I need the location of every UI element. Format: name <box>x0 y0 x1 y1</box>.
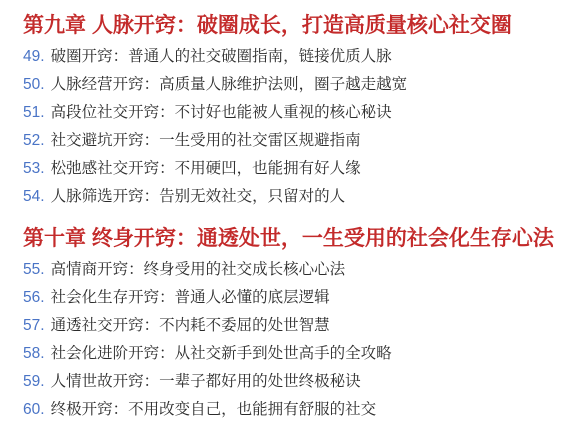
item-number: 51. <box>23 99 45 127</box>
item-number: 52. <box>23 127 45 155</box>
item-text: 社会化生存开窍：普通人必懂的底层逻辑 <box>51 284 330 312</box>
item-number: 60. <box>23 396 45 424</box>
item-number: 54. <box>23 183 45 211</box>
item-text: 高段位社交开窍：不讨好也能被人重视的核心秘诀 <box>51 99 392 127</box>
toc-item: 50. 人脉经营开窍：高质量人脉维护法则，圈子越走越宽 <box>23 71 578 99</box>
toc-item: 54. 人脉筛选开窍：告别无效社交，只留对的人 <box>23 183 578 211</box>
toc-item: 56. 社会化生存开窍：普通人必懂的底层逻辑 <box>23 284 578 312</box>
chapter-section: 第九章 人脉开窍：破圈成长，打造高质量核心社交圈 49. 破圈开窍：普通人的社交… <box>23 13 578 211</box>
item-text: 人情世故开窍：一辈子都好用的处世终极秘诀 <box>51 368 361 396</box>
item-text: 高情商开窍：终身受用的社交成长核心心法 <box>51 256 346 284</box>
item-text: 松弛感社交开窍：不用硬凹，也能拥有好人缘 <box>51 155 361 183</box>
item-text: 破圈开窍：普通人的社交破圈指南，链接优质人脉 <box>51 43 392 71</box>
item-number: 57. <box>23 312 45 340</box>
chapter-section: 第十章 终身开窍：通透处世，一生受用的社会化生存心法 55. 高情商开窍：终身受… <box>23 226 578 424</box>
toc-item: 55. 高情商开窍：终身受用的社交成长核心心法 <box>23 256 578 284</box>
chapter-items: 55. 高情商开窍：终身受用的社交成长核心心法 56. 社会化生存开窍：普通人必… <box>23 256 578 424</box>
item-number: 56. <box>23 284 45 312</box>
chapter-items: 49. 破圈开窍：普通人的社交破圈指南，链接优质人脉 50. 人脉经营开窍：高质… <box>23 43 578 211</box>
item-text: 社交避坑开窍：一生受用的社交雷区规避指南 <box>51 127 361 155</box>
chapter-title: 第九章 人脉开窍：破圈成长，打造高质量核心社交圈 <box>23 13 578 39</box>
item-number: 58. <box>23 340 45 368</box>
toc-item: 49. 破圈开窍：普通人的社交破圈指南，链接优质人脉 <box>23 43 578 71</box>
item-text: 社会化进阶开窍：从社交新手到处世高手的全攻略 <box>51 340 392 368</box>
toc-item: 53. 松弛感社交开窍：不用硬凹，也能拥有好人缘 <box>23 155 578 183</box>
item-number: 50. <box>23 71 45 99</box>
item-text: 人脉经营开窍：高质量人脉维护法则，圈子越走越宽 <box>51 71 408 99</box>
toc-item: 59. 人情世故开窍：一辈子都好用的处世终极秘诀 <box>23 368 578 396</box>
item-number: 55. <box>23 256 45 284</box>
item-number: 53. <box>23 155 45 183</box>
chapter-title: 第十章 终身开窍：通透处世，一生受用的社会化生存心法 <box>23 226 578 252</box>
toc-item: 51. 高段位社交开窍：不讨好也能被人重视的核心秘诀 <box>23 99 578 127</box>
item-number: 59. <box>23 368 45 396</box>
toc-item: 52. 社交避坑开窍：一生受用的社交雷区规避指南 <box>23 127 578 155</box>
toc-item: 60. 终极开窍：不用改变自己，也能拥有舒服的社交 <box>23 396 578 424</box>
toc-item: 57. 通透社交开窍：不内耗不委屈的处世智慧 <box>23 312 578 340</box>
item-text: 终极开窍：不用改变自己，也能拥有舒服的社交 <box>51 396 377 424</box>
item-text: 人脉筛选开窍：告别无效社交，只留对的人 <box>51 183 346 211</box>
toc-item: 58. 社会化进阶开窍：从社交新手到处世高手的全攻略 <box>23 340 578 368</box>
toc: 第九章 人脉开窍：破圈成长，打造高质量核心社交圈 49. 破圈开窍：普通人的社交… <box>0 0 586 424</box>
item-number: 49. <box>23 43 45 71</box>
item-text: 通透社交开窍：不内耗不委屈的处世智慧 <box>51 312 330 340</box>
